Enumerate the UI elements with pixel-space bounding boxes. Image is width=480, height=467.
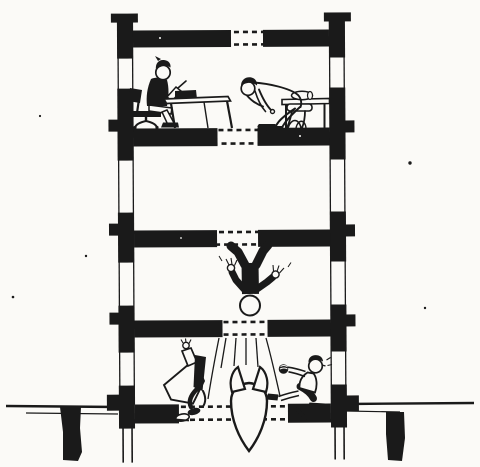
roof-slab-left (133, 30, 231, 48)
wall-nub (344, 120, 354, 132)
falling-man-left-hand (227, 264, 234, 271)
wall-segment (331, 384, 347, 427)
illustration-canvas (0, 0, 480, 467)
speck (85, 255, 87, 257)
wall-segment (329, 20, 345, 57)
fleeing-man-rear-shoe (266, 394, 279, 401)
fleeing-man-head (309, 359, 323, 373)
speck (424, 307, 426, 309)
roof-slab-right (263, 30, 329, 47)
wall-segment (117, 22, 133, 59)
speck (12, 296, 15, 299)
wall-segment (330, 211, 346, 261)
worker-shoe (161, 123, 179, 128)
peering-man-hand (271, 110, 275, 114)
wall-nub (346, 395, 359, 411)
slab4-right (267, 320, 330, 337)
foundation-left (60, 407, 82, 461)
wall-nub (345, 224, 355, 236)
tumbling-shoe-sole (176, 420, 189, 421)
wall-nub (109, 313, 119, 325)
chair-caster (155, 126, 158, 129)
paper-roll-end (308, 92, 313, 100)
slab-speck (180, 237, 182, 239)
slab-speck (159, 37, 161, 39)
wall-segment (118, 306, 134, 353)
wall-segment (119, 386, 135, 429)
tumbling-man-hand (183, 342, 189, 348)
wall-segment (118, 213, 134, 263)
wall-nub (109, 224, 119, 236)
ground-line-left (6, 406, 118, 407)
wall-segment (330, 304, 346, 351)
wall-nub (108, 120, 118, 132)
slab-speck (299, 135, 301, 137)
falling-man-head (240, 296, 260, 316)
right-parapet-cap (324, 12, 351, 21)
slab4-left (134, 320, 222, 337)
wall-segment (329, 87, 345, 159)
falling-man-torso (250, 263, 251, 294)
wall-nub (107, 395, 120, 411)
chair-caster (133, 126, 136, 129)
speck (408, 161, 411, 164)
slab5-left (135, 404, 179, 423)
foundation-right (386, 412, 405, 461)
left-parapet-cap (111, 14, 138, 23)
falling-man-right-hand (272, 271, 279, 278)
ground-line-right (346, 403, 474, 404)
slab3-left (134, 230, 217, 247)
illustration-stage (0, 0, 480, 467)
wall-nub (345, 314, 355, 326)
chair-backrest (128, 88, 142, 103)
speck (39, 115, 41, 117)
